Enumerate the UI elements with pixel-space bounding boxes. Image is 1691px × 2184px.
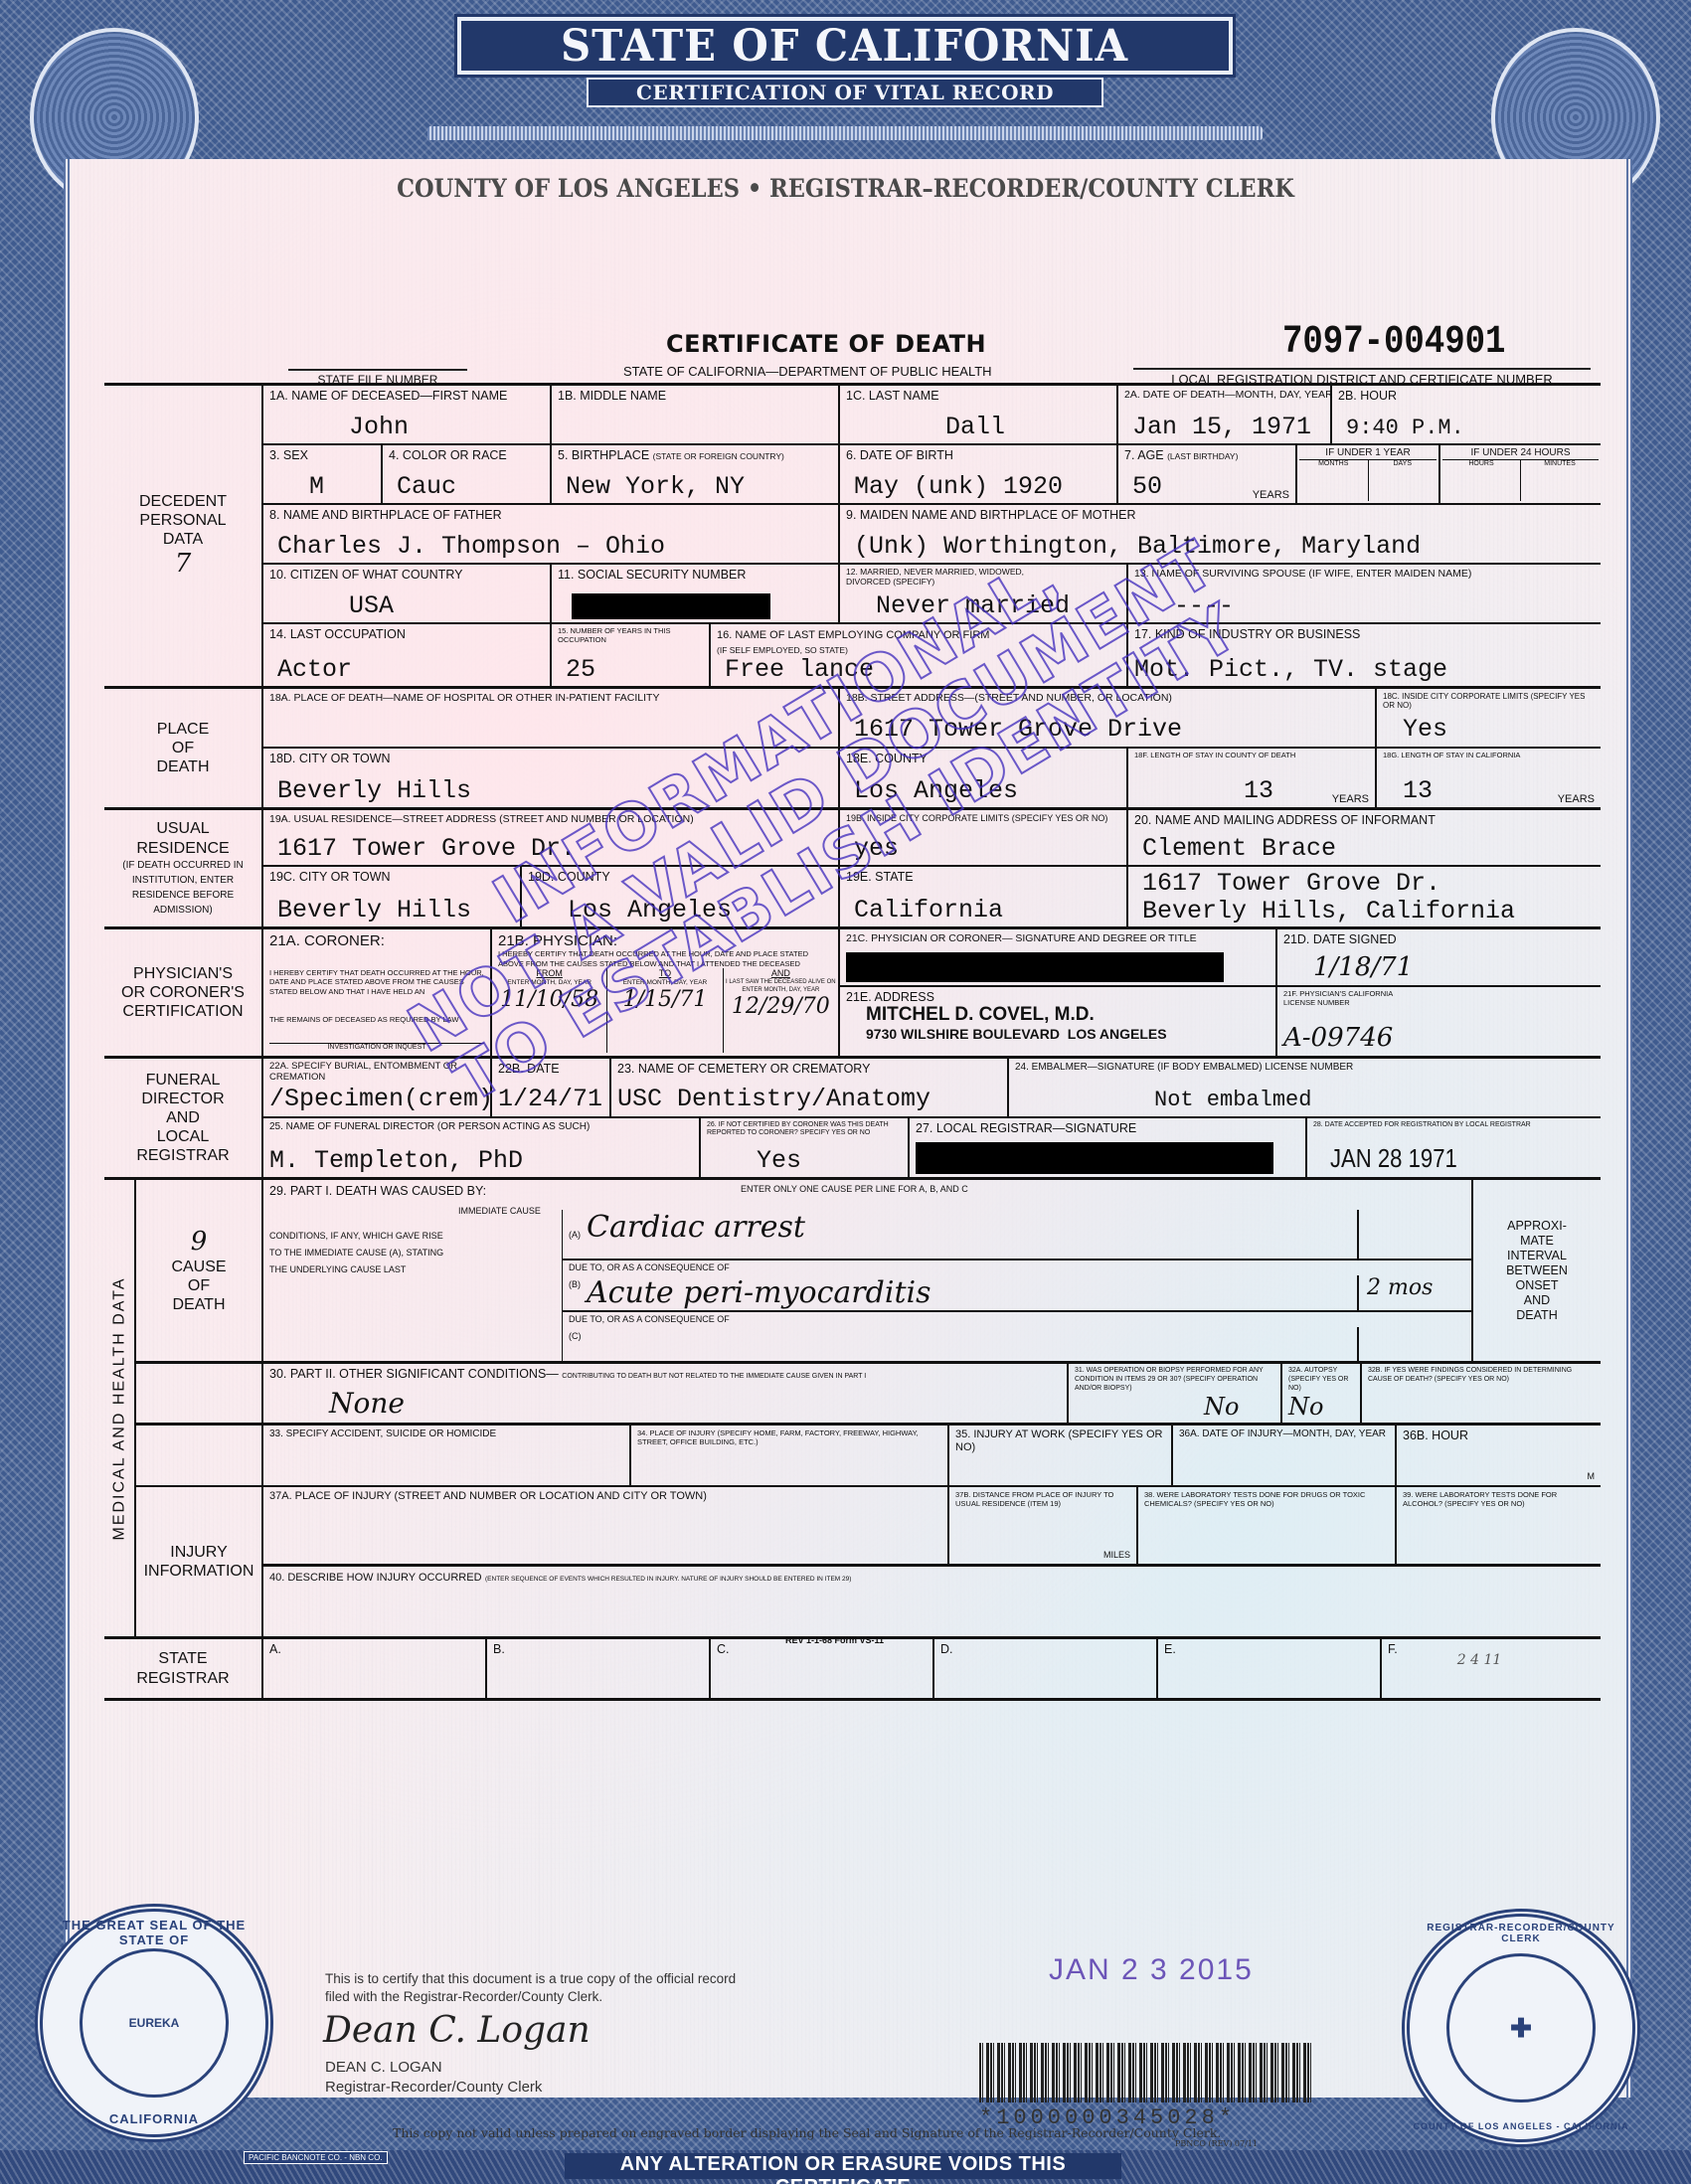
physician-street-line: 9730 WILSHIRE BOULEVARD LOS ANGELES xyxy=(846,1026,1269,1042)
years-unit: YEARS xyxy=(1558,793,1595,805)
field-label: 21F. PHYSICIAN'S CALIFORNIA LICENSE NUMB… xyxy=(1283,990,1423,1007)
field-value: 1617 Tower Grove Drive xyxy=(846,716,1369,744)
field-disposition: 22A. SPECIFY BURIAL, ENTOMBMENT OR CREMA… xyxy=(263,1059,492,1116)
form-title: CERTIFICATE OF DEATH xyxy=(666,330,986,358)
from-note: ENTER MONTH, DAY, YEAR xyxy=(492,979,606,987)
redaction-bar xyxy=(916,1142,1273,1174)
form-revision: REV 1-1-68 Form VS-11 xyxy=(785,1635,884,1645)
label-line: AND xyxy=(166,1108,200,1127)
section-medical-health: MEDICAL AND HEALTH DATA 9 CAUSE OF DEATH… xyxy=(104,1180,1601,1639)
field-label: 2A. DATE OF DEATH—MONTH, DAY, YEAR xyxy=(1124,389,1324,401)
label-line: MATE xyxy=(1520,1234,1554,1249)
field-residence-state: 19E. STATE California xyxy=(840,867,1128,926)
medical-vertical-label: MEDICAL AND HEALTH DATA xyxy=(104,1180,136,1636)
field-label: 34. PLACE OF INJURY (SPECIFY HOME, FARM,… xyxy=(637,1428,941,1447)
field-label: 25. NAME OF FUNERAL DIRECTOR (OR PERSON … xyxy=(269,1121,693,1133)
field-value: Not embalmed xyxy=(1015,1089,1595,1112)
coroner-statement-2: THE REMAINS OF DECEASED AS REQUIRED BY L… xyxy=(269,1015,484,1024)
label-text: 7. AGE xyxy=(1124,448,1164,462)
label-text: 5. BIRTHPLACE xyxy=(558,448,649,462)
field-value: 1/24/71 xyxy=(498,1086,603,1113)
field-license-number: 21F. PHYSICIAN'S CALIFORNIA LICENSE NUMB… xyxy=(1277,987,1601,1056)
field-label: 17. KIND OF INDUSTRY OR BUSINESS xyxy=(1134,627,1595,641)
field-label: 26. IF NOT CERTIFIED BY CORONER WAS THIS… xyxy=(707,1121,902,1139)
field-cemetery: 23. NAME OF CEMETERY OR CREMATORY USC De… xyxy=(611,1059,1009,1116)
section-part-2: 30. PART II. OTHER SIGNIFICANT CONDITION… xyxy=(136,1364,1601,1426)
and-label: AND xyxy=(724,968,838,979)
field-label: 21A. CORONER: xyxy=(269,932,484,949)
certificate-number: 7097-004901 xyxy=(1282,320,1505,365)
field-label: 1B. MIDDLE NAME xyxy=(558,389,832,403)
certify-line: filed with the Registrar-Recorder/County… xyxy=(325,1988,736,2006)
coroner-statement: I HEREBY CERTIFY THAT DEATH OCCURRED AT … xyxy=(269,968,484,996)
vertical-text: MEDICAL AND HEALTH DATA xyxy=(110,1276,128,1540)
field-informant: 20. NAME AND MAILING ADDRESS OF INFORMAN… xyxy=(1128,810,1601,865)
cause-c-row: (C) xyxy=(563,1327,1471,1361)
line-label: (A) xyxy=(563,1210,587,1259)
signature-address-block: 21C. PHYSICIAN OR CORONER— SIGNATURE AND… xyxy=(840,929,1277,1056)
label-line: AND xyxy=(1524,1293,1550,1308)
field-value: No xyxy=(1288,1393,1354,1421)
field-sex: 3. SEX M xyxy=(263,445,383,503)
section-label-funeral: FUNERAL DIRECTOR AND LOCAL REGISTRAR xyxy=(104,1059,263,1177)
label-line: DEATH xyxy=(156,757,209,776)
field-value: Mot. Pict., TV. stage xyxy=(1134,656,1595,684)
field-findings: 32B. IF YES WERE FINDINGS CONSIDERED IN … xyxy=(1362,1364,1601,1423)
field-lab-alcohol: 39. WERE LABORATORY TESTS DONE FOR ALCOH… xyxy=(1397,1487,1601,1564)
field-injury-place: 37A. PLACE OF INJURY (STREET AND NUMBER … xyxy=(263,1487,949,1564)
field-informant-address: 1617 Tower Grove Dr. Beverly Hills, Cali… xyxy=(1128,867,1601,926)
state-title: STATE OF CALIFORNIA xyxy=(561,21,1128,72)
signer-name: DEAN C. LOGAN xyxy=(325,2058,542,2078)
label-note: (LAST BIRTHDAY) xyxy=(1167,451,1238,461)
field-stay-california: 18G. LENGTH OF STAY IN CALIFORNIA 13 YEA… xyxy=(1377,749,1601,807)
minutes-label: MINUTES xyxy=(1521,460,1599,502)
field-death-county: 18E. COUNTY Los Angeles xyxy=(840,749,1128,807)
field-death-facility: 18A. PLACE OF DEATH—NAME OF HOSPITAL OR … xyxy=(263,689,840,747)
certification-title: CERTIFICATION OF VITAL RECORD xyxy=(636,81,1054,104)
label-line: DEATH xyxy=(172,1295,225,1314)
field-label: 1C. LAST NAME xyxy=(846,389,1110,403)
field-label: 37B. DISTANCE FROM PLACE OF INJURY TO US… xyxy=(955,1490,1130,1509)
field-value: A-09746 xyxy=(1283,1023,1595,1053)
inquest-label: INVESTIGATION OR INQUEST xyxy=(269,1043,484,1053)
field-employer: 16. NAME OF LAST EMPLOYING COMPANY OR FI… xyxy=(711,624,1128,686)
la-county-registrar-seal: REGISTRAR-RECORDER/COUNTY CLERK ✚ COUNTY… xyxy=(1402,1909,1640,2147)
miles-unit: MILES xyxy=(955,1550,1130,1561)
to-date: 1/15/71 xyxy=(607,987,722,1012)
handwritten-mark: 2 4 11 xyxy=(1457,1642,1502,1695)
field-stay-county: 18F. LENGTH OF STAY IN COUNTY OF DEATH 1… xyxy=(1128,749,1377,807)
field-label: 23. NAME OF CEMETERY OR CREMATORY xyxy=(617,1062,1001,1076)
conditions-note: CONDITIONS, IF ANY, WHICH GAVE RISE TO T… xyxy=(269,1228,448,1278)
field-label: 9. MAIDEN NAME AND BIRTHPLACE OF MOTHER xyxy=(846,508,1595,522)
field-industry: 17. KIND OF INDUSTRY OR BUSINESS Mot. Pi… xyxy=(1128,624,1601,686)
label-line: ONSET xyxy=(1515,1278,1558,1293)
field-injury-hour: 36B. HOUR M xyxy=(1397,1426,1601,1485)
registrar-col-c: C. xyxy=(711,1639,934,1698)
issue-date-stamp: JAN 2 3 2015 xyxy=(1049,1953,1254,1987)
field-death-city-limits: 18C. INSIDE CITY CORPORATE LIMITS (SPECI… xyxy=(1377,689,1601,747)
field-label: 39. WERE LABORATORY TESTS DONE FOR ALCOH… xyxy=(1403,1490,1595,1509)
field-label: 30. PART II. OTHER SIGNIFICANT CONDITION… xyxy=(269,1367,1061,1381)
field-label: 32A. AUTOPSY (SPECIFY YES OR NO) xyxy=(1288,1367,1354,1393)
california-state-seal: THE GREAT SEAL OF THE STATE OF EUREKA CA… xyxy=(35,1904,273,2142)
field-ssn: 11. SOCIAL SECURITY NUMBER xyxy=(552,565,840,622)
field-autopsy: 32A. AUTOPSY (SPECIFY YES OR NO) No xyxy=(1282,1364,1362,1423)
label-text: 40. DESCRIBE HOW INJURY OCCURRED xyxy=(269,1572,482,1584)
registrar-col-d: D. xyxy=(934,1639,1158,1698)
form-code: PBNCO (REV) 07/11 xyxy=(1175,2139,1258,2148)
field-physician-address: 21E. ADDRESS MITCHEL D. COVEL, M.D. 9730… xyxy=(840,987,1275,1056)
label-line: OR CORONER'S xyxy=(121,983,245,1002)
field-label: 36B. HOUR xyxy=(1403,1428,1595,1442)
field-value: 25 xyxy=(558,656,703,684)
section-place-of-death: PLACE OF DEATH 18A. PLACE OF DEATH—NAME … xyxy=(104,689,1601,810)
seal-emblem: EUREKA xyxy=(80,1948,229,2098)
section-funeral-director: FUNERAL DIRECTOR AND LOCAL REGISTRAR 22A… xyxy=(104,1059,1601,1180)
field-years-occupation: 15. NUMBER OF YEARS IN THIS OCCUPATION 2… xyxy=(552,624,711,686)
section-label-place-of-death: PLACE OF DEATH xyxy=(104,689,263,807)
field-label: 11. SOCIAL SECURITY NUMBER xyxy=(558,568,832,582)
days-label: DAYS xyxy=(1369,460,1437,502)
field-label: 37A. PLACE OF INJURY (STREET AND NUMBER … xyxy=(269,1490,941,1503)
label-note: ADMISSION) xyxy=(153,903,212,918)
field-value: USC Dentistry/Anatomy xyxy=(617,1086,1001,1113)
field-injury-at-work: 35. INJURY AT WORK (SPECIFY YES OR NO) xyxy=(949,1426,1173,1485)
label-line: PERSONAL xyxy=(139,511,226,530)
seal-text-top: REGISTRAR-RECORDER/COUNTY CLERK xyxy=(1410,1923,1632,1944)
field-disposition-date: 22B. DATE 1/24/71 xyxy=(492,1059,611,1116)
field-lab-drugs: 38. WERE LABORATORY TESTS DONE FOR DRUGS… xyxy=(1138,1487,1397,1564)
field-label: 4. COLOR OR RACE xyxy=(389,448,544,462)
label-line: CAUSE xyxy=(171,1258,226,1276)
field-label: 12. MARRIED, NEVER MARRIED, WIDOWED, DIV… xyxy=(846,568,1055,588)
cause-c-value xyxy=(588,1327,1358,1361)
cause-b-row: (B) Acute peri-myocarditis 2 mos xyxy=(563,1275,1471,1310)
field-value: yes xyxy=(846,835,1120,863)
physician-city-overprint: LOS ANGELES xyxy=(1068,1026,1167,1042)
field-label: 14. LAST OCCUPATION xyxy=(269,627,544,641)
field-label: 22A. SPECIFY BURIAL, ENTOMBMENT OR CREMA… xyxy=(269,1062,484,1084)
field-first-name: 1A. NAME OF DECEASED—FIRST NAME John xyxy=(263,386,552,443)
field-label: 27. LOCAL REGISTRAR—SIGNATURE xyxy=(916,1121,1299,1135)
section-usual-residence: USUAL RESIDENCE (IF DEATH OCCURRED IN IN… xyxy=(104,810,1601,929)
field-label: 18D. CITY OR TOWN xyxy=(269,752,832,765)
field-label: 15. NUMBER OF YEARS IN THIS OCCUPATION xyxy=(558,627,687,644)
years-unit: YEARS xyxy=(1332,793,1369,805)
field-date-accepted: 28. DATE ACCEPTED FOR REGISTRATION BY LO… xyxy=(1307,1118,1601,1177)
field-value: No xyxy=(1075,1393,1274,1421)
field-label: 8. NAME AND BIRTHPLACE OF FATHER xyxy=(269,508,832,522)
barcode xyxy=(979,2043,1312,2102)
due-to-label: DUE TO, OR AS A CONSEQUENCE OF xyxy=(563,1312,1471,1327)
label-note: (ENTER SEQUENCE OF EVENTS WHICH RESULTED… xyxy=(485,1576,851,1583)
label-note: (IF DEATH OCCURRED IN xyxy=(122,858,243,873)
label-line: BETWEEN xyxy=(1506,1263,1568,1278)
field-father: 8. NAME AND BIRTHPLACE OF FATHER Charles… xyxy=(263,505,840,563)
seal-motto: EUREKA xyxy=(129,2016,180,2030)
months-label: MONTHS xyxy=(1299,460,1369,502)
label-line: USUAL xyxy=(156,819,209,838)
field-value: (Unk) Worthington, Baltimore, Maryland xyxy=(846,533,1595,561)
label-line: STATE xyxy=(158,1649,207,1668)
field-value: Beverly Hills xyxy=(269,897,514,924)
field-label: 22B. DATE xyxy=(498,1062,603,1076)
field-age: 7. AGE (LAST BIRTHDAY) 50 YEARS xyxy=(1118,445,1297,503)
section-physician-certification: PHYSICIAN'S OR CORONER'S CERTIFICATION 2… xyxy=(104,929,1601,1059)
field-residence-city-limits: 19B. INSIDE CITY CORPORATE LIMITS (SPECI… xyxy=(840,810,1128,865)
column-label: B. xyxy=(493,1642,703,1656)
handwritten-mark: 9 xyxy=(191,1227,208,1258)
handwritten-mark: 7 xyxy=(175,549,192,580)
field-date-signed: 21D. DATE SIGNED 1/18/71 xyxy=(1277,929,1601,987)
field-value: Yes xyxy=(1383,716,1595,744)
label-line: INFORMATION xyxy=(144,1562,254,1581)
hour-suffix: M xyxy=(1403,1471,1595,1482)
section-cause-of-death: 9 CAUSE OF DEATH 29. PART I. DEATH WAS C… xyxy=(136,1180,1601,1364)
field-value: M xyxy=(269,473,375,501)
attended-from: FROM ENTER MONTH, DAY, YEAR 11/10/58 xyxy=(492,968,607,1053)
field-value: New York, NY xyxy=(558,473,832,501)
field-injury-date: 36A. DATE OF INJURY—MONTH, DAY, YEAR xyxy=(1173,1426,1397,1485)
field-middle-name: 1B. MIDDLE NAME xyxy=(552,386,840,443)
column-label: E. xyxy=(1164,1642,1374,1656)
field-hour: 2B. HOUR 9:40 P.M. xyxy=(1332,386,1601,443)
section-label-blank xyxy=(136,1426,263,1485)
registrar-col-f: F. 2 4 11 xyxy=(1382,1639,1601,1698)
field-race: 4. COLOR OR RACE Cauc xyxy=(383,445,552,503)
label-line: CERTIFICATION xyxy=(122,1002,243,1021)
field-label: 18E. COUNTY xyxy=(846,752,1120,765)
field-label: 18B. STREET ADDRESS—(STREET AND NUMBER, … xyxy=(846,692,1369,704)
field-label: 21E. ADDRESS xyxy=(846,990,1269,1004)
label-text: 16. NAME OF LAST EMPLOYING COMPANY OR FI… xyxy=(717,629,989,641)
label-note: (STATE OR FOREIGN COUNTRY) xyxy=(653,451,784,461)
field-label: 13. NAME OF SURVIVING SPOUSE (IF WIFE, E… xyxy=(1134,568,1595,580)
cause-lines: ENTER ONLY ONE CAUSE PER LINE FOR A, B, … xyxy=(562,1180,1471,1361)
field-value: /Specimen(crem) xyxy=(269,1086,484,1113)
label-line: OF xyxy=(188,1276,210,1295)
label-text: 30. PART II. OTHER SIGNIFICANT CONDITION… xyxy=(269,1367,559,1381)
field-residence-county: 19D. COUNTY Los Angeles xyxy=(522,867,840,926)
sub-columns: HOURS MINUTES xyxy=(1442,460,1599,502)
certification-statement: This is to certify that this document is… xyxy=(325,1970,736,2005)
field-label: 19E. STATE xyxy=(846,870,1120,884)
field-value: Free lance xyxy=(717,656,1120,684)
informant-city: Beverly Hills, California xyxy=(1134,898,1595,925)
physician-name: MITCHEL D. COVEL, M.D. xyxy=(846,1004,1269,1026)
county-line: COUNTY OF LOS ANGELES • REGISTRAR–RECORD… xyxy=(85,174,1606,203)
field-label: 19B. INSIDE CITY CORPORATE LIMITS (SPECI… xyxy=(846,813,1120,823)
field-label: 18A. PLACE OF DEATH—NAME OF HOSPITAL OR … xyxy=(269,692,832,704)
field-label: 28. DATE ACCEPTED FOR REGISTRATION BY LO… xyxy=(1313,1121,1595,1130)
field-value: Dall xyxy=(846,414,1110,441)
field-label: 38. WERE LABORATORY TESTS DONE FOR DRUGS… xyxy=(1144,1490,1389,1509)
printer-imprint: PACIFIC BANCNOTE CO. - NBN CO. xyxy=(244,2151,388,2164)
field-label: 31. WAS OPERATION OR BIOPSY PERFORMED FO… xyxy=(1075,1367,1274,1393)
physician-statement: I HEREBY CERTIFY THAT DEATH OCCURRED AT … xyxy=(492,949,838,968)
label-line: DEATH xyxy=(1516,1308,1557,1323)
field-label: 3. SEX xyxy=(269,448,375,462)
field-mother: 9. MAIDEN NAME AND BIRTHPLACE OF MOTHER … xyxy=(840,505,1601,563)
cause-left-notes: 29. PART I. DEATH WAS CAUSED BY: IMMEDIA… xyxy=(263,1180,562,1361)
field-label: 2B. HOUR xyxy=(1338,389,1595,403)
field-injury-description: 40. DESCRIBE HOW INJURY OCCURRED (ENTER … xyxy=(263,1567,1601,1636)
and-note: I LAST SAW THE DECEASED ALIVE ON ENTER M… xyxy=(724,979,838,994)
field-value: Actor xyxy=(269,656,544,684)
label-line: INTERVAL xyxy=(1507,1249,1567,1263)
field-label: 10. CITIZEN OF WHAT COUNTRY xyxy=(269,568,544,582)
section-injury-information: INJURY INFORMATION 37A. PLACE OF INJURY … xyxy=(136,1487,1601,1636)
state-banner: STATE OF CALIFORNIA xyxy=(457,17,1233,75)
field-label: 16. NAME OF LAST EMPLOYING COMPANY OR FI… xyxy=(717,627,1120,656)
field-label: 7. AGE (LAST BIRTHDAY) xyxy=(1124,448,1289,462)
hours-label: HOURS xyxy=(1442,460,1521,502)
label-line: FUNERAL xyxy=(146,1071,221,1090)
one-cause-note: ENTER ONLY ONE CAUSE PER LINE FOR A, B, … xyxy=(562,1180,1471,1210)
field-value: Yes xyxy=(707,1147,902,1175)
cause-b-value: Acute peri-myocarditis xyxy=(587,1275,1357,1310)
field-value: Charles J. Thompson – Ohio xyxy=(269,533,832,561)
field-label: 32B. IF YES WERE FINDINGS CONSIDERED IN … xyxy=(1368,1367,1595,1385)
field-value: M. Templeton, PhD xyxy=(269,1147,693,1175)
label-line: OF xyxy=(172,739,194,757)
field-label: 18C. INSIDE CITY CORPORATE LIMITS (SPECI… xyxy=(1383,692,1595,710)
field-value: JAN 28 1971 xyxy=(1313,1143,1553,1174)
field-value: 9:40 P.M. xyxy=(1338,417,1595,440)
to-label: TO xyxy=(607,968,722,979)
field-marital-status: 12. MARRIED, NEVER MARRIED, WIDOWED, DIV… xyxy=(840,565,1128,622)
interval-a xyxy=(1357,1210,1471,1259)
field-death-street: 18B. STREET ADDRESS—(STREET AND NUMBER, … xyxy=(840,689,1377,747)
interval-label: APPROXI- MATE INTERVAL BETWEEN ONSET AND… xyxy=(1471,1180,1601,1361)
certify-line: This is to certify that this document is… xyxy=(325,1970,736,1988)
field-value: None xyxy=(269,1387,1061,1420)
interval-c xyxy=(1357,1327,1471,1361)
alteration-warning: ANY ALTERATION OR ERASURE VOIDS THIS CER… xyxy=(565,2153,1121,2179)
field-death-city: 18D. CITY OR TOWN Beverly Hills xyxy=(263,749,840,807)
section-decedent: DECEDENT PERSONAL DATA 7 1A. NAME OF DEC… xyxy=(104,386,1601,689)
registrar-col-b: B. xyxy=(487,1639,711,1698)
last-seen-alive: AND I LAST SAW THE DECEASED ALIVE ON ENT… xyxy=(724,968,838,1053)
field-value: Jan 15, 1971 xyxy=(1124,414,1324,441)
decorative-rule xyxy=(427,126,1263,140)
field-value: John xyxy=(269,414,544,441)
field-value: Clement Brace xyxy=(1134,835,1595,863)
field-value: Never married xyxy=(846,592,1120,620)
field-label: 40. DESCRIBE HOW INJURY OCCURRED (ENTER … xyxy=(269,1570,1595,1585)
field-value: 1617 Tower Grove Dr. xyxy=(269,835,832,863)
field-residence-street: 19A. USUAL RESIDENCE—STREET ADDRESS (STR… xyxy=(263,810,840,865)
field-label: 21C. PHYSICIAN OR CORONER— SIGNATURE AND… xyxy=(846,932,1269,944)
field-label: 24. EMBALMER—SIGNATURE (IF BODY EMBALMED… xyxy=(1015,1062,1595,1074)
column-label: A. xyxy=(269,1642,479,1656)
label-line: PLACE xyxy=(157,720,209,739)
field-surviving-spouse: 13. NAME OF SURVIVING SPOUSE (IF WIFE, E… xyxy=(1128,565,1601,622)
field-value: Los Angeles xyxy=(528,897,832,924)
label-line: DIRECTOR xyxy=(141,1090,224,1108)
signer-title: Registrar-Recorder/County Clerk xyxy=(325,2078,542,2098)
redaction-bar xyxy=(572,593,770,619)
field-injury-place-type: 34. PLACE OF INJURY (SPECIFY HOME, FARM,… xyxy=(631,1426,949,1485)
field-label: 29. PART I. DEATH WAS CAUSED BY: xyxy=(269,1184,556,1198)
death-certificate-form: DECEDENT PERSONAL DATA 7 1A. NAME OF DEC… xyxy=(104,383,1601,1701)
label-note: CONTRIBUTING TO DEATH BUT NOT RELATED TO… xyxy=(562,1373,866,1380)
field-label: 19D. COUNTY xyxy=(528,870,832,884)
immediate-cause-label: IMMEDIATE CAUSE xyxy=(269,1206,556,1217)
field-label: 5. BIRTHPLACE (STATE OR FOREIGN COUNTRY) xyxy=(558,448,832,462)
label-line: DECEDENT xyxy=(139,492,227,511)
certification-banner: CERTIFICATION OF VITAL RECORD xyxy=(587,78,1103,107)
registrar-signature: Dean C. Logan xyxy=(323,2010,591,2051)
field-label: 18F. LENGTH OF STAY IN COUNTY OF DEATH xyxy=(1134,752,1369,760)
label-line: REGISTRAR xyxy=(136,1146,229,1165)
from-label: FROM xyxy=(492,968,606,979)
label-note: (IF SELF EMPLOYED, SO STATE) xyxy=(717,645,848,655)
field-value: Beverly Hills xyxy=(269,777,832,805)
label-note: INSTITUTION, ENTER xyxy=(132,873,234,888)
section-state-registrar: STATE REGISTRAR A. B. C. D. E. F. 2 4 11 xyxy=(104,1639,1601,1701)
field-physician: 21B. PHYSICIAN: I HEREBY CERTIFY THAT DE… xyxy=(492,929,840,1056)
attendance-dates: FROM ENTER MONTH, DAY, YEAR 11/10/58 TO … xyxy=(492,968,838,1053)
section-label-certification: PHYSICIAN'S OR CORONER'S CERTIFICATION xyxy=(104,929,263,1056)
column-label: D. xyxy=(940,1642,1150,1656)
cause-line-b: DUE TO, OR AS A CONSEQUENCE OF (B) Acute… xyxy=(562,1260,1471,1312)
seal-emblem: ✚ xyxy=(1446,1953,1596,2102)
field-label: 6. DATE OF BIRTH xyxy=(846,448,1110,462)
attended-to: TO ENTER MONTH, DAY, YEAR 1/15/71 xyxy=(607,968,723,1053)
field-date-of-birth: 6. DATE OF BIRTH May (unk) 1920 xyxy=(840,445,1118,503)
field-value: Cauc xyxy=(389,473,544,501)
section-label-cause: 9 CAUSE OF DEATH xyxy=(136,1180,263,1361)
signer-block: DEAN C. LOGAN Registrar-Recorder/County … xyxy=(325,2058,542,2099)
field-birthplace: 5. BIRTHPLACE (STATE OR FOREIGN COUNTRY)… xyxy=(552,445,840,503)
field-value: May (unk) 1920 xyxy=(846,473,1110,501)
section-label-decedent: DECEDENT PERSONAL DATA 7 xyxy=(104,386,263,686)
field-citizen: 10. CITIZEN OF WHAT COUNTRY USA xyxy=(263,565,552,622)
field-label: 33. SPECIFY ACCIDENT, SUICIDE OR HOMICID… xyxy=(269,1428,623,1440)
field-value: Los Angeles xyxy=(846,777,1120,805)
years-unit: YEARS xyxy=(1253,489,1289,501)
field-label: 19A. USUAL RESIDENCE—STREET ADDRESS (STR… xyxy=(269,813,832,825)
field-date-of-death: 2A. DATE OF DEATH—MONTH, DAY, YEAR Jan 1… xyxy=(1118,386,1332,443)
field-occupation: 14. LAST OCCUPATION Actor xyxy=(263,624,552,686)
interval-b: 2 mos xyxy=(1357,1275,1471,1310)
field-coroner: 21A. CORONER: I HEREBY CERTIFY THAT DEAT… xyxy=(263,929,492,1056)
redaction-bar xyxy=(846,952,1224,982)
field-other-conditions: 30. PART II. OTHER SIGNIFICANT CONDITION… xyxy=(263,1364,1069,1423)
field-value: ---- xyxy=(1134,592,1595,620)
section-label-residence: USUAL RESIDENCE (IF DEATH OCCURRED IN IN… xyxy=(104,810,263,926)
line-label: (C) xyxy=(563,1327,588,1361)
label-line: APPROXI- xyxy=(1507,1219,1567,1234)
field-label: 36A. DATE OF INJURY—MONTH, DAY, YEAR xyxy=(1179,1428,1389,1440)
field-funeral-director: 25. NAME OF FUNERAL DIRECTOR (OR PERSON … xyxy=(263,1118,701,1177)
seal-text-top: THE GREAT SEAL OF THE STATE OF xyxy=(43,1918,265,1947)
field-local-registrar: 27. LOCAL REGISTRAR—SIGNATURE xyxy=(910,1118,1307,1177)
field-label: IF UNDER 1 YEAR xyxy=(1299,447,1437,460)
field-reported-coroner: 26. IF NOT CERTIFIED BY CORONER WAS THIS… xyxy=(701,1118,910,1177)
due-to-label: DUE TO, OR AS A CONSEQUENCE OF xyxy=(563,1260,1471,1275)
section-injury-type: 33. SPECIFY ACCIDENT, SUICIDE OR HOMICID… xyxy=(136,1426,1601,1487)
field-label: 18G. LENGTH OF STAY IN CALIFORNIA xyxy=(1383,752,1595,760)
label-line: PHYSICIAN'S xyxy=(133,964,233,983)
field-physician-signature: 21C. PHYSICIAN OR CORONER— SIGNATURE AND… xyxy=(840,929,1275,987)
field-residence-city: 19C. CITY OR TOWN Beverly Hills xyxy=(263,867,522,926)
field-under-24-hours: IF UNDER 24 HOURS HOURS MINUTES xyxy=(1440,445,1601,503)
registrar-col-e: E. xyxy=(1158,1639,1382,1698)
